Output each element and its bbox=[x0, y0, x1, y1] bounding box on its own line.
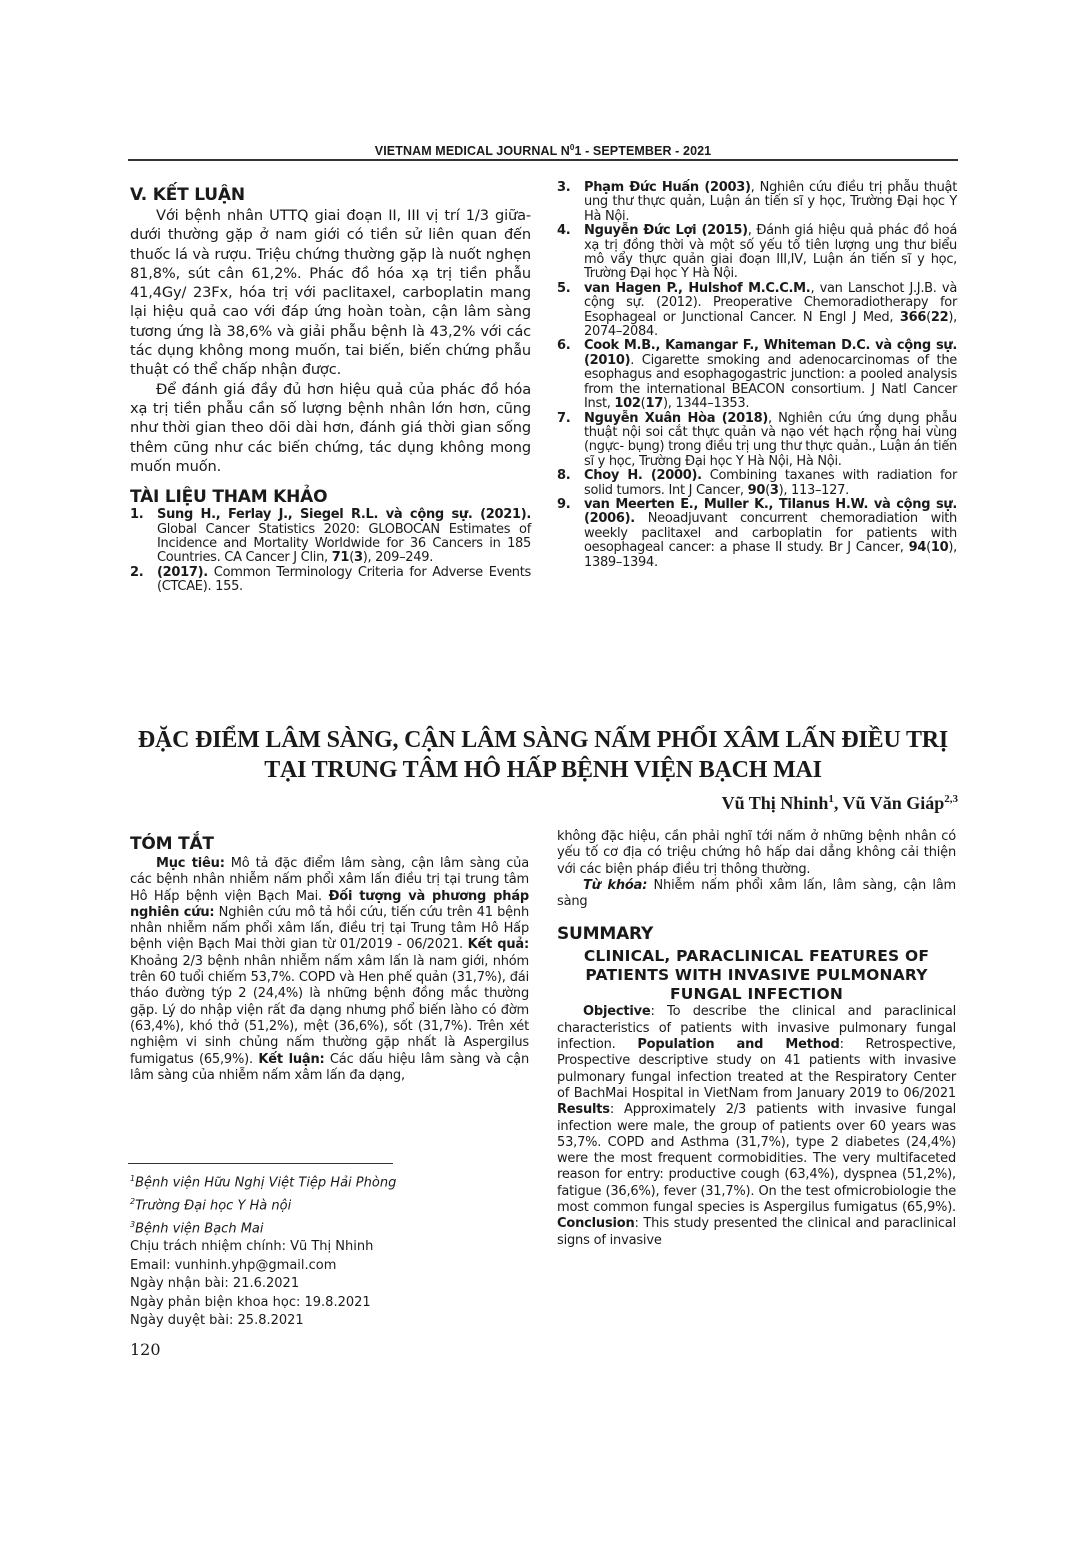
summary-body: Objective: To describe the clinical and … bbox=[557, 1004, 956, 1248]
corresponding-author: Chịu trách nhiệm chính: Vũ Thị Nhinh bbox=[130, 1238, 396, 1257]
keywords: Từ khóa: Nhiễm nấm phổi xâm lấn, lâm sàn… bbox=[557, 878, 956, 911]
email: Email: vunhinh.yhp@gmail.com bbox=[130, 1257, 396, 1276]
reference-item: 7.Nguyễn Xuân Hòa (2018), Nghiên cứu ứng… bbox=[557, 412, 957, 470]
article-title: ĐẶC ĐIỂM LÂM SÀNG, CẬN LÂM SÀNG NẤM PHỔI… bbox=[128, 725, 958, 785]
reference-item: 8.Choy H. (2000). Combining taxanes with… bbox=[557, 469, 957, 498]
conclusion-paragraph-1: Với bệnh nhân UTTQ giai đoạn II, III vị … bbox=[130, 206, 531, 380]
accepted-date: Ngày duyệt bài: 25.8.2021 bbox=[130, 1312, 396, 1331]
abstract-right-column: không đặc hiệu, cần phải nghĩ tới nấm ở … bbox=[557, 829, 956, 1249]
affiliation-2: 2Trường Đại học Y Hà nội bbox=[130, 1193, 396, 1216]
article-title-line-2: TẠI TRUNG TÂM HÔ HẤP BỆNH VIỆN BẠCH MAI bbox=[128, 755, 958, 785]
page-number: 120 bbox=[130, 1340, 161, 1359]
references-heading: TÀI LIỆU THAM KHẢO bbox=[130, 486, 531, 508]
summary-title: CLINICAL, PARACLINICAL FEATURES OF PATIE… bbox=[557, 947, 956, 1004]
reference-list-right: 3.Phạm Đức Huấn (2003), Nghiên cứu điều … bbox=[557, 181, 957, 570]
conclusion-heading: V. KẾT LUẬN bbox=[130, 184, 531, 206]
abstract-body: Mục tiêu: Mô tả đặc điểm lâm sàng, cận l… bbox=[130, 856, 529, 1084]
reference-item: 2.(2017). Common Terminology Criteria fo… bbox=[130, 566, 531, 595]
affiliation-1: 1Bệnh viện Hữu Nghị Việt Tiệp Hải Phòng bbox=[130, 1170, 396, 1193]
left-column-top: V. KẾT LUẬN Với bệnh nhân UTTQ giai đoạn… bbox=[130, 184, 531, 595]
reference-item: 3.Phạm Đức Huấn (2003), Nghiên cứu điều … bbox=[557, 181, 957, 224]
review-date: Ngày phản biện khoa học: 19.8.2021 bbox=[130, 1294, 396, 1313]
header-rule bbox=[128, 159, 958, 161]
author-line: Vũ Thị Nhinh1, Vũ Văn Giáp2,3 bbox=[722, 793, 958, 814]
abstract-vietnamese: TÓM TẮT Mục tiêu: Mô tả đặc điểm lâm sàn… bbox=[130, 833, 529, 1084]
received-date: Ngày nhận bài: 21.6.2021 bbox=[130, 1275, 396, 1294]
right-column-top: 3.Phạm Đức Huấn (2003), Nghiên cứu điều … bbox=[557, 181, 957, 570]
summary-heading: SUMMARY bbox=[557, 923, 956, 945]
reference-item: 6.Cook M.B., Kamangar F., Whiteman D.C. … bbox=[557, 339, 957, 411]
conclusion-paragraph-2: Để đánh giá đầy đủ hơn hiệu quả của phác… bbox=[130, 380, 531, 476]
running-head: VIETNAM MEDICAL JOURNAL N01 - SEPTEMBER … bbox=[128, 143, 958, 158]
reference-list-left: 1.Sung H., Ferlay J., Siegel R.L. và cộn… bbox=[130, 508, 531, 594]
abstract-heading: TÓM TẮT bbox=[130, 833, 529, 855]
reference-item: 9.van Meerten E., Muller K., Tilanus H.W… bbox=[557, 498, 957, 570]
article-title-line-1: ĐẶC ĐIỂM LÂM SÀNG, CẬN LÂM SÀNG NẤM PHỔI… bbox=[128, 725, 958, 755]
abstract-continuation: không đặc hiệu, cần phải nghĩ tới nấm ở … bbox=[557, 829, 956, 878]
reference-item: 5.van Hagen P., Hulshof M.C.C.M., van La… bbox=[557, 282, 957, 340]
reference-item: 1.Sung H., Ferlay J., Siegel R.L. và cộn… bbox=[130, 508, 531, 566]
footnote-rule bbox=[128, 1163, 393, 1164]
footnotes: 1Bệnh viện Hữu Nghị Việt Tiệp Hải Phòng … bbox=[130, 1170, 396, 1331]
reference-item: 4.Nguyễn Đức Lợi (2015), Đánh giá hiệu q… bbox=[557, 224, 957, 282]
journal-page: VIETNAM MEDICAL JOURNAL N01 - SEPTEMBER … bbox=[0, 0, 1090, 1541]
affiliation-3: 3Bệnh viện Bạch Mai bbox=[130, 1216, 396, 1239]
